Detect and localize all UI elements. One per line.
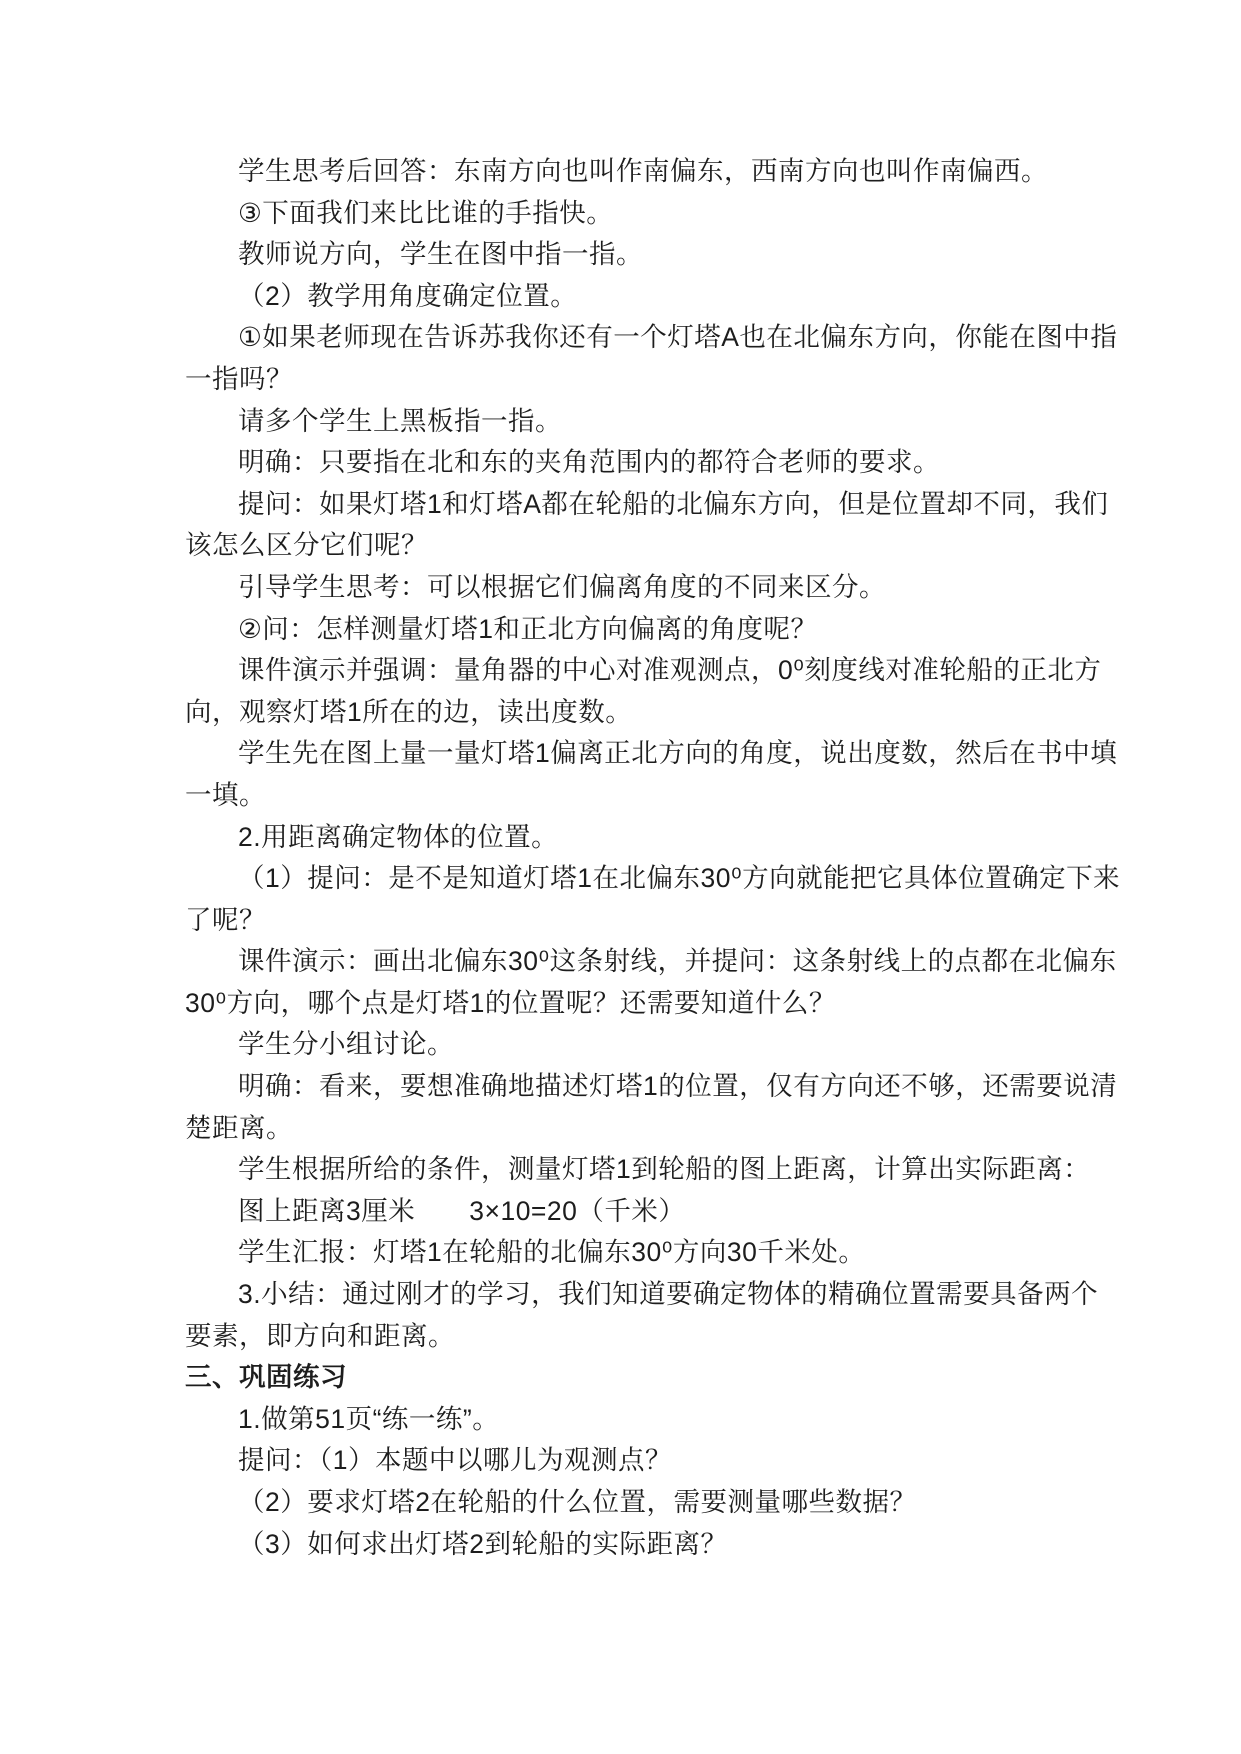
text-line: 课件演示并强调：量角器的中心对准观测点，0⁰刻度线对准轮船的正北方 <box>185 650 1085 692</box>
text-line: 明确：看来，要想准确地描述灯塔1的位置，仅有方向还不够，还需要说清 <box>185 1066 1085 1108</box>
text-line: （2）教学用角度确定位置。 <box>185 276 1085 318</box>
text-line: 引导学生思考：可以根据它们偏离角度的不同来区分。 <box>185 567 1085 609</box>
text-line: 一指吗？ <box>185 359 1085 401</box>
text-line: （1）提问：是不是知道灯塔1在北偏东30⁰方向就能把它具体位置确定下来 <box>185 858 1085 900</box>
text-line: 楚距离。 <box>185 1108 1085 1150</box>
text-line: 学生分小组讨论。 <box>185 1024 1085 1066</box>
text-line: 该怎么区分它们呢？ <box>185 525 1085 567</box>
text-line: （3）如何求出灯塔2到轮船的实际距离？ <box>185 1524 1085 1566</box>
text-line: 30⁰方向，哪个点是灯塔1的位置呢？还需要知道什么？ <box>185 983 1085 1025</box>
text-line: 1.做第51页“练一练”。 <box>185 1399 1085 1441</box>
document-page: 学生思考后回答：东南方向也叫作南偏东，西南方向也叫作南偏西。③下面我们来比比谁的… <box>0 0 1241 1754</box>
text-line: 明确：只要指在北和东的夹角范围内的都符合老师的要求。 <box>185 442 1085 484</box>
text-line: 教师说方向，学生在图中指一指。 <box>185 234 1085 276</box>
text-line: 学生先在图上量一量灯塔1偏离正北方向的角度，说出度数，然后在书中填 <box>185 733 1085 775</box>
text-line: 一填。 <box>185 775 1085 817</box>
text-line: 请多个学生上黑板指一指。 <box>185 401 1085 443</box>
text-line: ①如果老师现在告诉苏我你还有一个灯塔A也在北偏东方向，你能在图中指 <box>185 317 1085 359</box>
text-line: 3.小结：通过刚才的学习，我们知道要确定物体的精确位置需要具备两个 <box>185 1274 1085 1316</box>
text-line: 提问：（1）本题中以哪儿为观测点？ <box>185 1440 1085 1482</box>
text-line: 课件演示：画出北偏东30⁰这条射线，并提问：这条射线上的点都在北偏东 <box>185 941 1085 983</box>
text-line: （2）要求灯塔2在轮船的什么位置，需要测量哪些数据？ <box>185 1482 1085 1524</box>
text-line: ③下面我们来比比谁的手指快。 <box>185 193 1085 235</box>
section-heading: 三、巩固练习 <box>185 1357 1085 1399</box>
text-line: 学生根据所给的条件，测量灯塔1到轮船的图上距离，计算出实际距离： <box>185 1149 1085 1191</box>
text-line: 向，观察灯塔1所在的边，读出度数。 <box>185 692 1085 734</box>
text-line: 提问：如果灯塔1和灯塔A都在轮船的北偏东方向，但是位置却不同，我们 <box>185 484 1085 526</box>
text-line: 要素，即方向和距离。 <box>185 1316 1085 1358</box>
text-line: 学生思考后回答：东南方向也叫作南偏东，西南方向也叫作南偏西。 <box>185 151 1085 193</box>
text-line: 学生汇报：灯塔1在轮船的北偏东30⁰方向30千米处。 <box>185 1232 1085 1274</box>
text-line: 图上距离3厘米 3×10=20（千米） <box>185 1191 1085 1233</box>
text-line: 2.用距离确定物体的位置。 <box>185 817 1085 859</box>
text-line: 了呢？ <box>185 900 1085 942</box>
text-line: ②问：怎样测量灯塔1和正北方向偏离的角度呢？ <box>185 609 1085 651</box>
document-body: 学生思考后回答：东南方向也叫作南偏东，西南方向也叫作南偏西。③下面我们来比比谁的… <box>185 151 1085 1565</box>
